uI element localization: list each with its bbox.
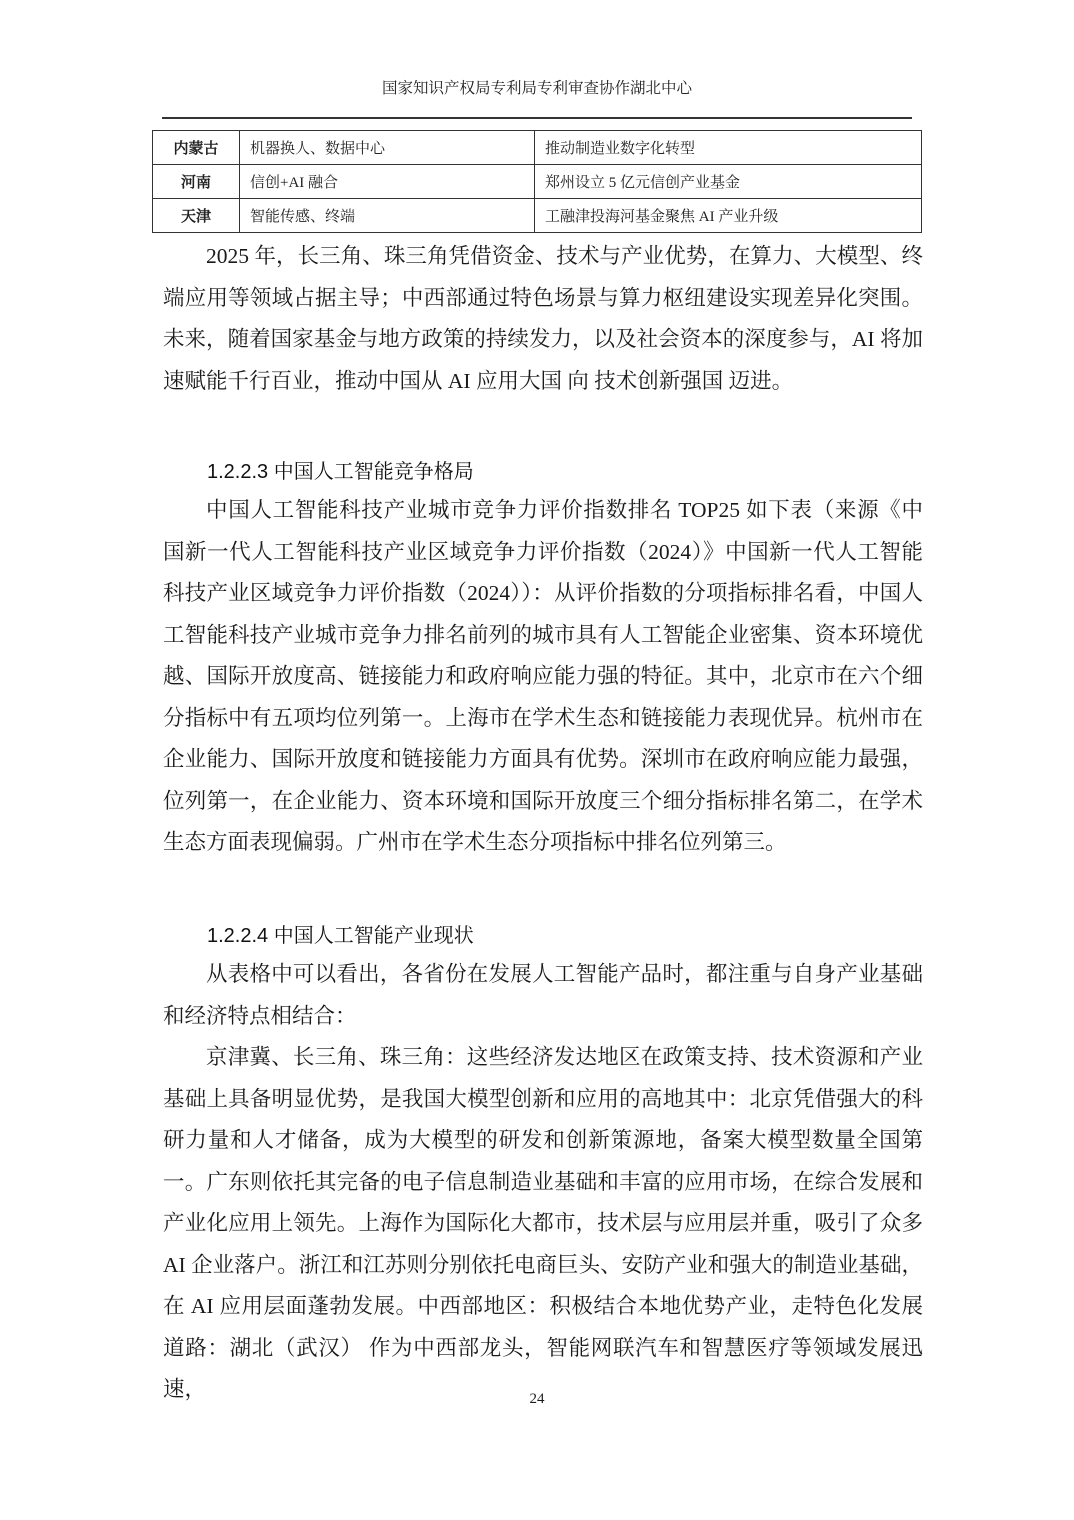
running-header: 国家知识产权局专利局专利审查协作湖北中心 xyxy=(0,76,1074,98)
focus-cell: 信创+AI 融合 xyxy=(240,165,535,199)
measure-cell: 郑州设立 5 亿元信创产业基金 xyxy=(535,165,922,199)
section-heading-1-2-2-3: 1.2.2.3 中国人工智能竞争格局 xyxy=(207,455,474,484)
province-cell: 内蒙古 xyxy=(153,131,240,165)
paragraph-regional-analysis: 京津冀、长三角、珠三角：这些经济发达地区在政策支持、技术资源和产业基础上具备明显… xyxy=(163,1037,923,1411)
header-rule xyxy=(162,117,912,119)
paragraph-block-3: 从表格中可以看出，各省份在发展人工智能产品时，都注重与自身产业基础和经济特点相结… xyxy=(163,954,923,1411)
paragraph-table-observation: 从表格中可以看出，各省份在发展人工智能产品时，都注重与自身产业基础和经济特点相结… xyxy=(163,954,923,1037)
focus-cell: 机器换人、数据中心 xyxy=(240,131,535,165)
paragraph-block-1: 2025 年，长三角、珠三角凭借资金、技术与产业优势，在算力、大模型、终端应用等… xyxy=(163,236,923,402)
focus-cell: 智能传感、终端 xyxy=(240,199,535,233)
table-row: 河南 信创+AI 融合 郑州设立 5 亿元信创产业基金 xyxy=(153,165,922,199)
paragraph-summary-2025: 2025 年，长三角、珠三角凭借资金、技术与产业优势，在算力、大模型、终端应用等… xyxy=(163,236,923,402)
paragraph-city-ranking: 中国人工智能科技产业城市竞争力评价指数排名 TOP25 如下表（来源《中国新一代… xyxy=(163,490,923,864)
measure-cell: 推动制造业数字化转型 xyxy=(535,131,922,165)
page-number: 24 xyxy=(0,1391,1074,1408)
region-table: 内蒙古 机器换人、数据中心 推动制造业数字化转型 河南 信创+AI 融合 郑州设… xyxy=(152,130,922,233)
table-row: 天津 智能传感、终端 工融津投海河基金聚焦 AI 产业升级 xyxy=(153,199,922,233)
section-heading-1-2-2-4: 1.2.2.4 中国人工智能产业现状 xyxy=(207,919,474,948)
province-cell: 河南 xyxy=(153,165,240,199)
province-cell: 天津 xyxy=(153,199,240,233)
measure-cell: 工融津投海河基金聚焦 AI 产业升级 xyxy=(535,199,922,233)
table-row: 内蒙古 机器换人、数据中心 推动制造业数字化转型 xyxy=(153,131,922,165)
paragraph-block-2: 中国人工智能科技产业城市竞争力评价指数排名 TOP25 如下表（来源《中国新一代… xyxy=(163,490,923,864)
